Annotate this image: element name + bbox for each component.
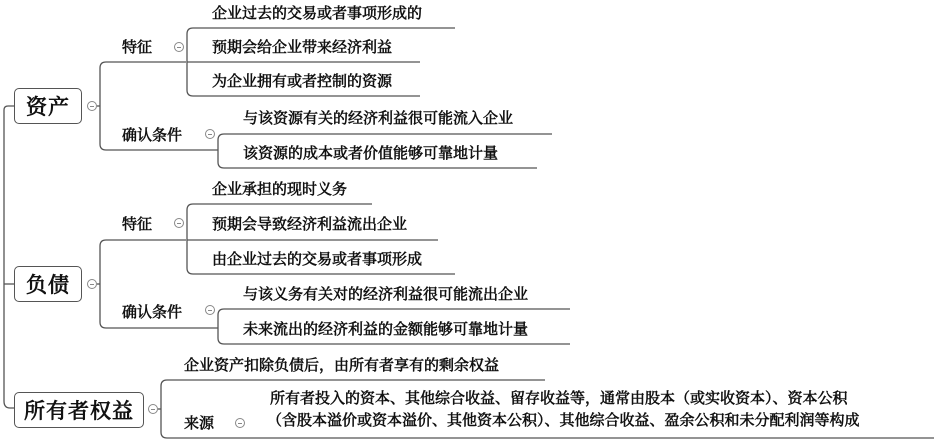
node-liabilities[interactable]: 负债 <box>14 266 82 302</box>
liabilities-feature-item[interactable]: 由企业过去的交易或者事项形成 <box>212 250 422 268</box>
collapse-toggle-liabilities[interactable] <box>87 279 97 289</box>
collapse-toggle-equity[interactable] <box>148 404 158 414</box>
collapse-toggle-equity-source[interactable] <box>235 418 245 428</box>
assets-recognition-item[interactable]: 与该资源有关的经济利益很可能流入企业 <box>243 109 513 127</box>
liabilities-feature-item[interactable]: 企业承担的现时义务 <box>212 180 347 198</box>
assets-recognition-label[interactable]: 确认条件 <box>122 126 182 144</box>
node-equity-label: 所有者权益 <box>24 395 134 425</box>
node-assets[interactable]: 资产 <box>14 88 82 124</box>
equity-source-line-2: （含股本溢价或资本溢价、其他资本公积）、其他综合收益、盈余公积和未分配利润等构成 <box>267 409 860 431</box>
liabilities-feature-item[interactable]: 预期会导致经济利益流出企业 <box>212 215 407 233</box>
assets-feature-item[interactable]: 企业过去的交易或者事项形成的 <box>212 4 422 22</box>
node-equity[interactable]: 所有者权益 <box>14 392 144 428</box>
equity-source-detail[interactable]: 所有者投入的资本、其他综合收益、留存收益等，通常由股本（或实收资本）、资本公积 … <box>270 387 860 431</box>
node-liabilities-label: 负债 <box>26 269 70 299</box>
node-assets-label: 资产 <box>26 91 70 121</box>
liabilities-recognition-item[interactable]: 未来流出的经济利益的金额能够可靠地计量 <box>243 320 528 338</box>
collapse-toggle-assets-recognition[interactable] <box>205 129 215 139</box>
equity-definition[interactable]: 企业资产扣除负债后，由所有者享有的剩余权益 <box>184 356 499 374</box>
collapse-toggle-assets[interactable] <box>87 101 97 111</box>
liabilities-recognition-item[interactable]: 与该义务有关对的经济利益很可能流出企业 <box>243 285 528 303</box>
assets-recognition-item[interactable]: 该资源的成本或者价值能够可靠地计量 <box>243 144 498 162</box>
assets-feature-item[interactable]: 为企业拥有或者控制的资源 <box>212 72 392 90</box>
assets-feature-item[interactable]: 预期会给企业带来经济利益 <box>212 38 392 56</box>
collapse-toggle-liabilities-recognition[interactable] <box>205 305 215 315</box>
collapse-toggle-liabilities-features[interactable] <box>174 218 184 228</box>
assets-features-label[interactable]: 特征 <box>122 38 152 56</box>
collapse-toggle-assets-features[interactable] <box>174 42 184 52</box>
equity-source-label[interactable]: 来源 <box>184 414 214 432</box>
liabilities-features-label[interactable]: 特征 <box>122 215 152 233</box>
equity-source-line-1: 所有者投入的资本、其他综合收益、留存收益等，通常由股本（或实收资本）、资本公积 <box>270 387 860 409</box>
liabilities-recognition-label[interactable]: 确认条件 <box>122 303 182 321</box>
